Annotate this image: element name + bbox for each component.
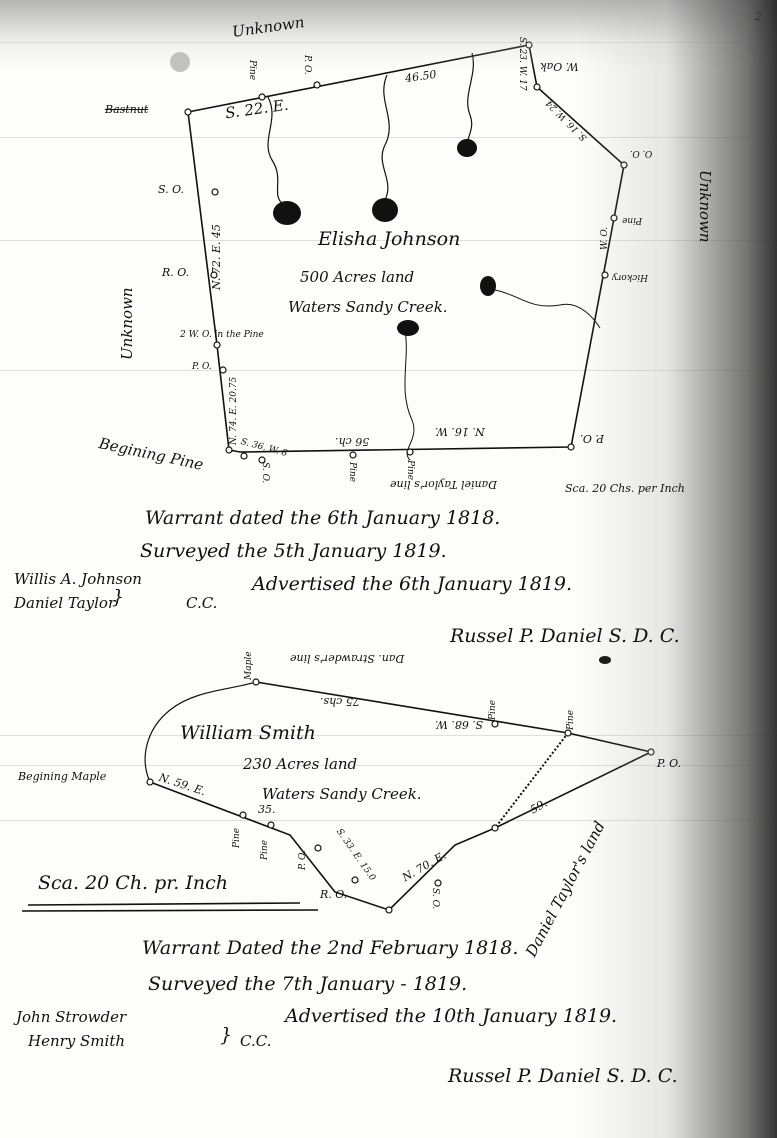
plat1-waters: Waters Sandy Creek. <box>288 298 448 316</box>
plat2-label-pine-a: Pine <box>488 700 498 720</box>
plat2-owner: William Smith <box>180 722 316 744</box>
plat2-label-ro: R. O. <box>320 888 347 901</box>
plat1-cc-label: C.C. <box>186 594 217 612</box>
plat2-top-distance: 75 chs. <box>320 695 360 708</box>
plat2-top-bearing: S. 68. W. <box>435 718 483 731</box>
plat1-advertised: Advertised the 6th January 1819. <box>252 573 572 595</box>
plat2-beginning-label: Begining Maple <box>18 770 106 783</box>
plat2-adjoiner-top: Dan. Strawder's line <box>290 652 404 665</box>
plat2-label-maple: Maple <box>244 651 254 680</box>
plat1-label-pine-b1: Pine <box>347 462 357 482</box>
plat2-acreage: 230 Acres land <box>243 755 357 773</box>
survey-page: Unknown Bastnut S. 22. E. 46.50 S. 23. W… <box>0 0 777 1138</box>
plat1-label-ro: R. O. <box>162 266 189 279</box>
page-corner-mark: 2 <box>755 10 762 23</box>
plat2-label-pine-l2: Pine <box>260 840 270 860</box>
plat2-label-pine-l1: Pine <box>232 828 242 848</box>
plat2-label-po-lower: P. O. <box>298 850 308 870</box>
plat1-label-po-right: P. O. <box>580 432 604 445</box>
plat1-adjoiner-corner: Bastnut <box>105 103 148 116</box>
plat1-surveyor-signature: Russel P. Daniel S. D. C. <box>450 625 680 647</box>
plat2-waters: Waters Sandy Creek. <box>262 785 422 803</box>
plat2-label-po-right: P. O. <box>657 757 681 770</box>
plat1-label-pine-right: Pine <box>622 215 642 225</box>
plat2-advertised: Advertised the 10th January 1819. <box>285 1005 617 1027</box>
plat1-owner: Elisha Johnson <box>318 228 460 250</box>
plat2-chain-carrier-2: Henry Smith <box>28 1032 125 1050</box>
plat2-surveyor-signature: Russel P. Daniel S. D. C. <box>448 1065 678 1087</box>
plat2-cc-label: C.C. <box>240 1032 271 1050</box>
plat1-label-pine: Pine <box>247 60 257 80</box>
plat1-label-po-left: P. O. <box>192 362 212 372</box>
plat1-label-woak: W. Oak <box>540 60 579 73</box>
plat1-left-bearing: N. 72. E. 45 <box>210 224 223 290</box>
plat2-chain-carrier-1: John Strowder <box>16 1008 126 1026</box>
plat2-label-pine-b: Pine <box>566 710 576 730</box>
plat1-brace: } <box>112 586 124 608</box>
plat2-scale: Sca. 20 Ch. pr. Inch <box>38 872 228 894</box>
plat1-label-po: P. O. <box>302 55 312 75</box>
plat1-adjoiner-left: Unknown <box>118 287 136 360</box>
plat1-acreage: 500 Acres land <box>300 268 414 286</box>
plat1-short-call: S. 23. W. 17 <box>517 37 527 91</box>
plat1-label-so: S. O. <box>158 183 184 196</box>
plat1-label-so-bottom: S. O. <box>260 462 270 483</box>
plat1-label-pine-note: 2 W. O. in the Pine <box>180 330 264 340</box>
plat1-bottom-distance: 56 ch. <box>335 435 369 448</box>
plat1-adjoiner-right: Unknown <box>696 170 714 243</box>
plat1-label-wo: W. O. <box>600 227 610 250</box>
plat1-scale: Sca. 20 Chs. per Inch <box>565 482 685 495</box>
plat2-brace: } <box>220 1024 232 1046</box>
scan-shadow-right <box>577 0 777 1138</box>
plat1-bottom-bearing: N. 16. W. <box>435 425 485 438</box>
plat1-label-hickory: Hickory <box>612 272 648 282</box>
plat1-chain-carrier-2: Daniel Taylor <box>14 594 115 612</box>
plat1-warrant: Warrant dated the 6th January 1818. <box>145 507 500 529</box>
plat2-left-distance: 35. <box>258 803 276 816</box>
plat2-surveyed: Surveyed the 7th January - 1819. <box>148 973 467 995</box>
plat1-surveyed: Surveyed the 5th January 1819. <box>140 540 447 562</box>
plat2-warrant: Warrant Dated the 2nd February 1818. <box>142 937 518 959</box>
plat1-adjoiner-bottom: Daniel Taylor's line <box>390 478 497 491</box>
plat1-label-oo: O. O. <box>630 148 652 158</box>
plat2-label-so-bottom: S. O. <box>430 888 440 909</box>
plat1-left-lower-call: N. 74. E. 20.75 <box>229 377 239 445</box>
